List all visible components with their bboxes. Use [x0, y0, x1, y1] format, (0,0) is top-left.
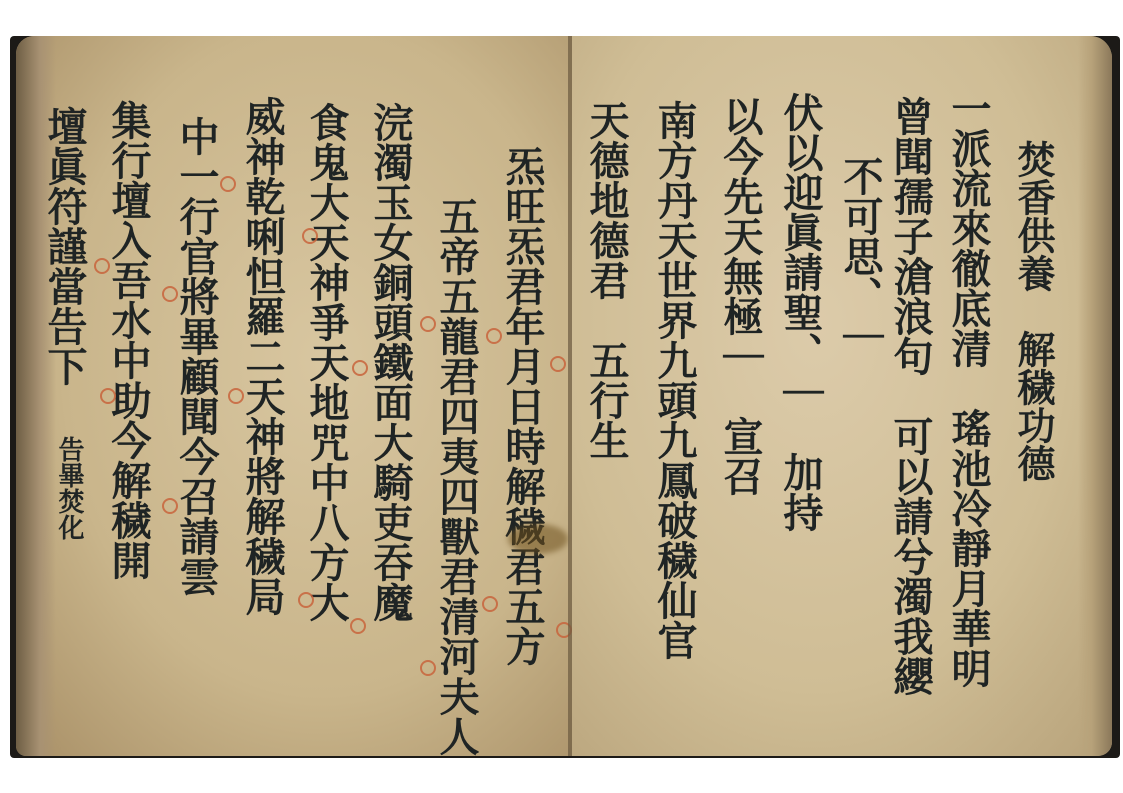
- text-column: 天德地德君 五行生: [586, 100, 626, 460]
- red-punctuation-mark: [298, 592, 314, 608]
- red-punctuation-mark: [162, 498, 178, 514]
- text-column: 威神乾唎怛羅二天神將解穢局: [242, 96, 282, 616]
- text-column: 壇眞符謹當告下: [44, 106, 84, 386]
- right-page: 焚香供養 解穢功德 一派流來徹底清 瑤池冷靜月華明 曾聞孺子滄浪句 可以請兮濁我…: [572, 36, 1112, 756]
- text-column: 集行壇入吾水中助今解穢開: [108, 100, 148, 580]
- text-column: 一派流來徹底清 瑤池冷靜月華明: [948, 88, 988, 688]
- text-column: 食鬼大天神爭天地咒中八方大: [306, 102, 346, 622]
- left-page: 炁旺炁君年月日時解穢君五方 五帝五龍君四夷四獸君清河夫人 浣濁玉女銅頭鐵面大騎吏…: [16, 36, 572, 756]
- red-punctuation-mark: [162, 286, 178, 302]
- text-column: 中一行官將畢顧聞今召請雲: [176, 116, 216, 596]
- text-column: 南方丹天世界九頭九鳳破穢仙官: [654, 100, 694, 660]
- right-page-edge: [1078, 36, 1112, 756]
- text-column: 五帝五龍君四夷四獸君清河夫人: [436, 196, 476, 756]
- red-punctuation-mark: [486, 328, 502, 344]
- red-punctuation-mark: [228, 388, 244, 404]
- red-punctuation-mark: [352, 360, 368, 376]
- text-column-note: 告畢焚化: [56, 436, 82, 540]
- text-column: 炁旺炁君年月日時解穢君五方: [502, 146, 542, 666]
- red-punctuation-mark: [420, 316, 436, 332]
- red-punctuation-mark: [550, 356, 566, 372]
- text-column: 伏以迎眞請聖、｜ 加持: [780, 92, 820, 532]
- text-column: 曾聞孺子滄浪句 可以請兮濁我纓: [890, 96, 930, 696]
- red-punctuation-mark: [482, 596, 498, 612]
- text-column: 不可思、｜: [840, 156, 880, 356]
- text-column: 焚香供養 解穢功德: [1014, 140, 1052, 482]
- red-punctuation-mark: [420, 660, 436, 676]
- ink-stain: [508, 524, 568, 554]
- text-column: 以今先天無極｜ 宣召: [720, 96, 760, 496]
- red-punctuation-mark: [220, 176, 236, 192]
- text-column: 浣濁玉女銅頭鐵面大騎吏吞魔: [370, 102, 410, 622]
- red-punctuation-mark: [350, 618, 366, 634]
- red-punctuation-mark: [100, 388, 116, 404]
- red-punctuation-mark: [94, 258, 110, 274]
- open-manuscript: 炁旺炁君年月日時解穢君五方 五帝五龍君四夷四獸君清河夫人 浣濁玉女銅頭鐵面大騎吏…: [10, 36, 1120, 758]
- red-punctuation-mark: [302, 228, 318, 244]
